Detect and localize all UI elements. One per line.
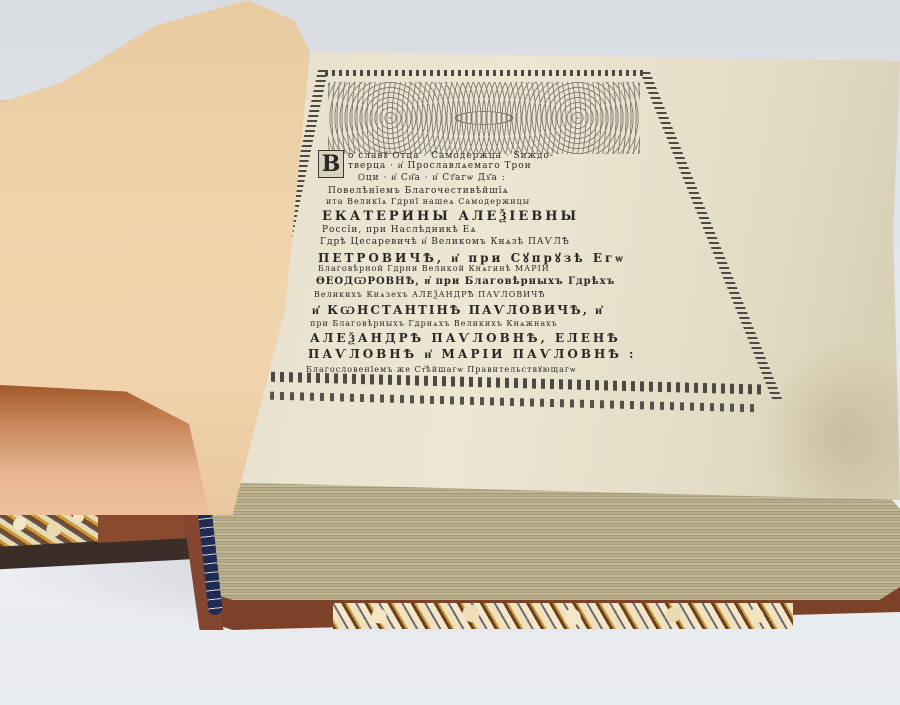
text-line: Благословенїемъ же Ст҃ѣйшагѡ Правительст… <box>306 364 576 375</box>
book-photo: В о славꙋ Ѻтца · Самодержца · Ѕиждо- тве… <box>0 0 900 705</box>
text-line: тверца · и҆ Прославлѧемаго Трон <box>348 160 532 171</box>
text-line: ЕКАТЕРИНЫ АЛЕѮІЕВНЫ <box>322 208 579 224</box>
text-line: ПАѴЛОВНѢ и҆ МАРІИ ПАѴЛОВНѢ : <box>308 347 637 362</box>
text-line: при Благовѣрныхъ Гдрнѧхъ Великихъ Кнѧжна… <box>310 319 558 328</box>
border-top <box>325 70 645 76</box>
text-line: ита Великїѧ Гдрнї нашеѧ Самодержицы <box>326 197 530 206</box>
back-marbled-paper <box>333 603 793 629</box>
text-line: Благовѣрной Гдрни Великой Кнѧгинѣ МАРІИ <box>318 264 550 273</box>
page-text: В о славꙋ Ѻтца · Самодержца · Ѕиждо- тве… <box>318 148 718 388</box>
text-line: Россїи, при Наслѣдникѣ Еѧ <box>322 224 477 235</box>
text-line: ѲЕОДѠРОВНѢ, и҆ при Благовѣрныхъ Гдрѣхъ <box>316 276 615 287</box>
text-line: и҆ КѠНСТАНТІНѢ ПАѴЛОВИЧѢ, и҆ <box>312 303 604 318</box>
drop-cap: В <box>318 150 344 178</box>
engraved-headpiece <box>328 82 640 154</box>
text-line: Повелѣнїемъ Благочестивѣйшїѧ <box>328 185 509 196</box>
text-line: Великихъ Кнѧзехъ АЛЕѮАНДРѢ ПАѴЛОВИЧѢ <box>314 290 545 299</box>
text-line: АЛЕѮАНДРѢ ПАѴЛОВНѢ, ЕЛЕНѢ <box>310 331 621 346</box>
text-line: Гдрѣ Цесаревичѣ и҆ Великомъ Кнѧзѣ ПАѴЛѢ <box>320 236 570 247</box>
text-line: Ѻци · и҆ Сн҃а · и҆ Ст҃агѡ Дх҃а : <box>358 172 506 183</box>
page-foxing-stain <box>760 340 900 500</box>
